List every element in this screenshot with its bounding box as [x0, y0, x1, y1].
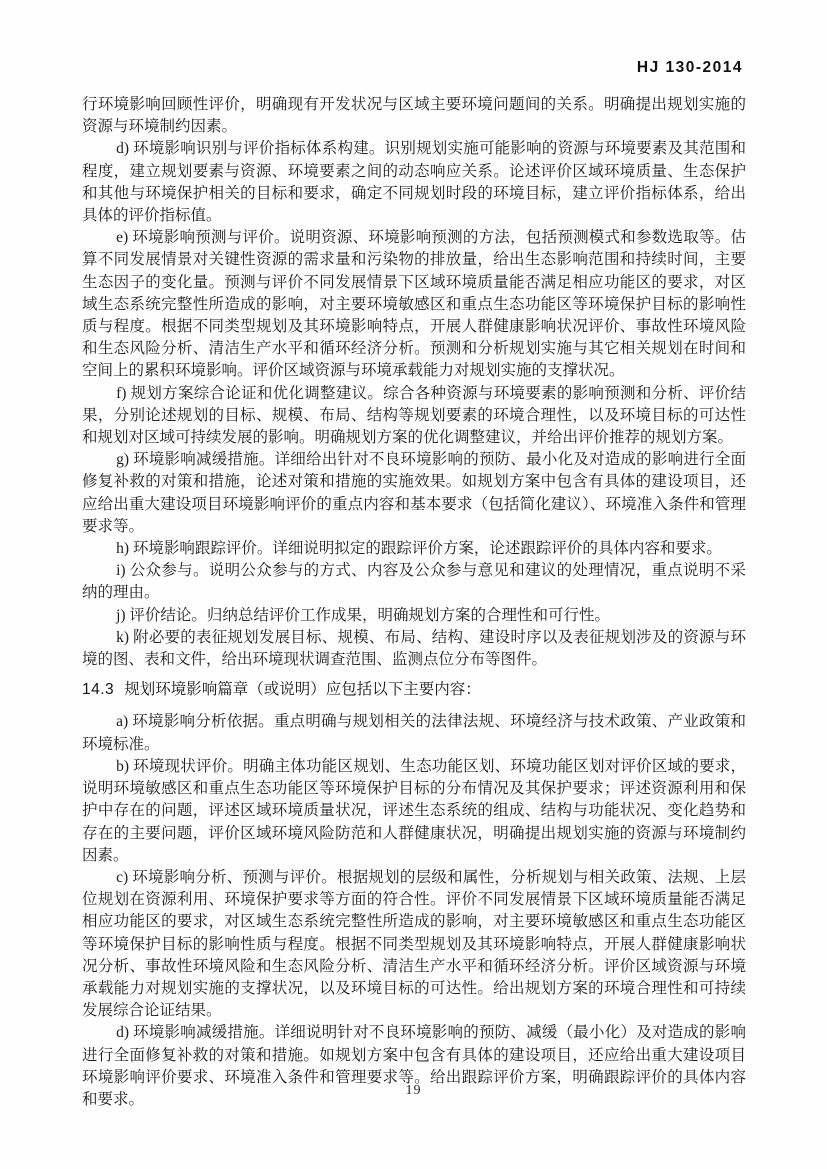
list-item-g: g) 环境影响减缓措施。详细给出针对不良环境影响的预防、最小化及对造成的影响进行… [82, 449, 746, 538]
section-title: 规划环境影响篇章（或说明）应包括以下主要内容： [124, 681, 481, 698]
doc-number-header: HJ 130-2014 [637, 59, 743, 77]
list-item-f: f) 规划方案综合论证和优化调整建议。综合各种资源与环境要素的影响预测和分析、评… [82, 383, 746, 450]
list-item-k: k) 附必要的表征规划发展目标、规模、布局、结构、建设时序以及表征规划涉及的资源… [82, 627, 746, 671]
list-item-j: j) 评价结论。归纳总结评价工作成果，明确规划方案的合理性和可行性。 [82, 605, 746, 627]
list-item-i: i) 公众参与。说明公众参与的方式、内容及公众参与意见和建议的处理情况，重点说明… [82, 560, 746, 604]
list-item-a2: a) 环境影响分析依据。重点明确与规划相关的法律法规、环境经济与技术政策、产业政… [82, 711, 746, 755]
list-item-d: d) 环境影响识别与评价指标体系构建。识别规划实施可能影响的资源与环境要素及其范… [82, 138, 746, 227]
paragraph-continuation: 行环境影响回顾性评价，明确现有开发状况与区域主要环境问题间的关系。明确提出规划实… [82, 94, 746, 138]
list-item-e: e) 环境影响预测与评价。说明资源、环境影响预测的方法，包括预测模式和参数选取等… [82, 227, 746, 382]
page-number: 19 [0, 1083, 827, 1099]
section-heading-14-3: 14.3规划环境影响篇章（或说明）应包括以下主要内容： [82, 679, 746, 701]
section-number: 14.3 [82, 681, 114, 698]
list-item-h: h) 环境影响跟踪评价。详细说明拟定的跟踪评价方案，论述跟踪评价的具体内容和要求… [82, 538, 746, 560]
document-page: HJ 130-2014 行环境影响回顾性评价，明确现有开发状况与区域主要环境问题… [0, 0, 827, 1169]
list-item-c2: c) 环境影响分析、预测与评价。根据规划的层级和属性，分析规划与相关政策、法规、… [82, 867, 746, 1022]
list-item-b2: b) 环境现状评价。明确主体功能区规划、生态功能区划、环境功能区划对评价区域的要… [82, 756, 746, 867]
document-content: 行环境影响回顾性评价，明确现有开发状况与区域主要环境问题间的关系。明确提出规划实… [82, 94, 746, 1111]
